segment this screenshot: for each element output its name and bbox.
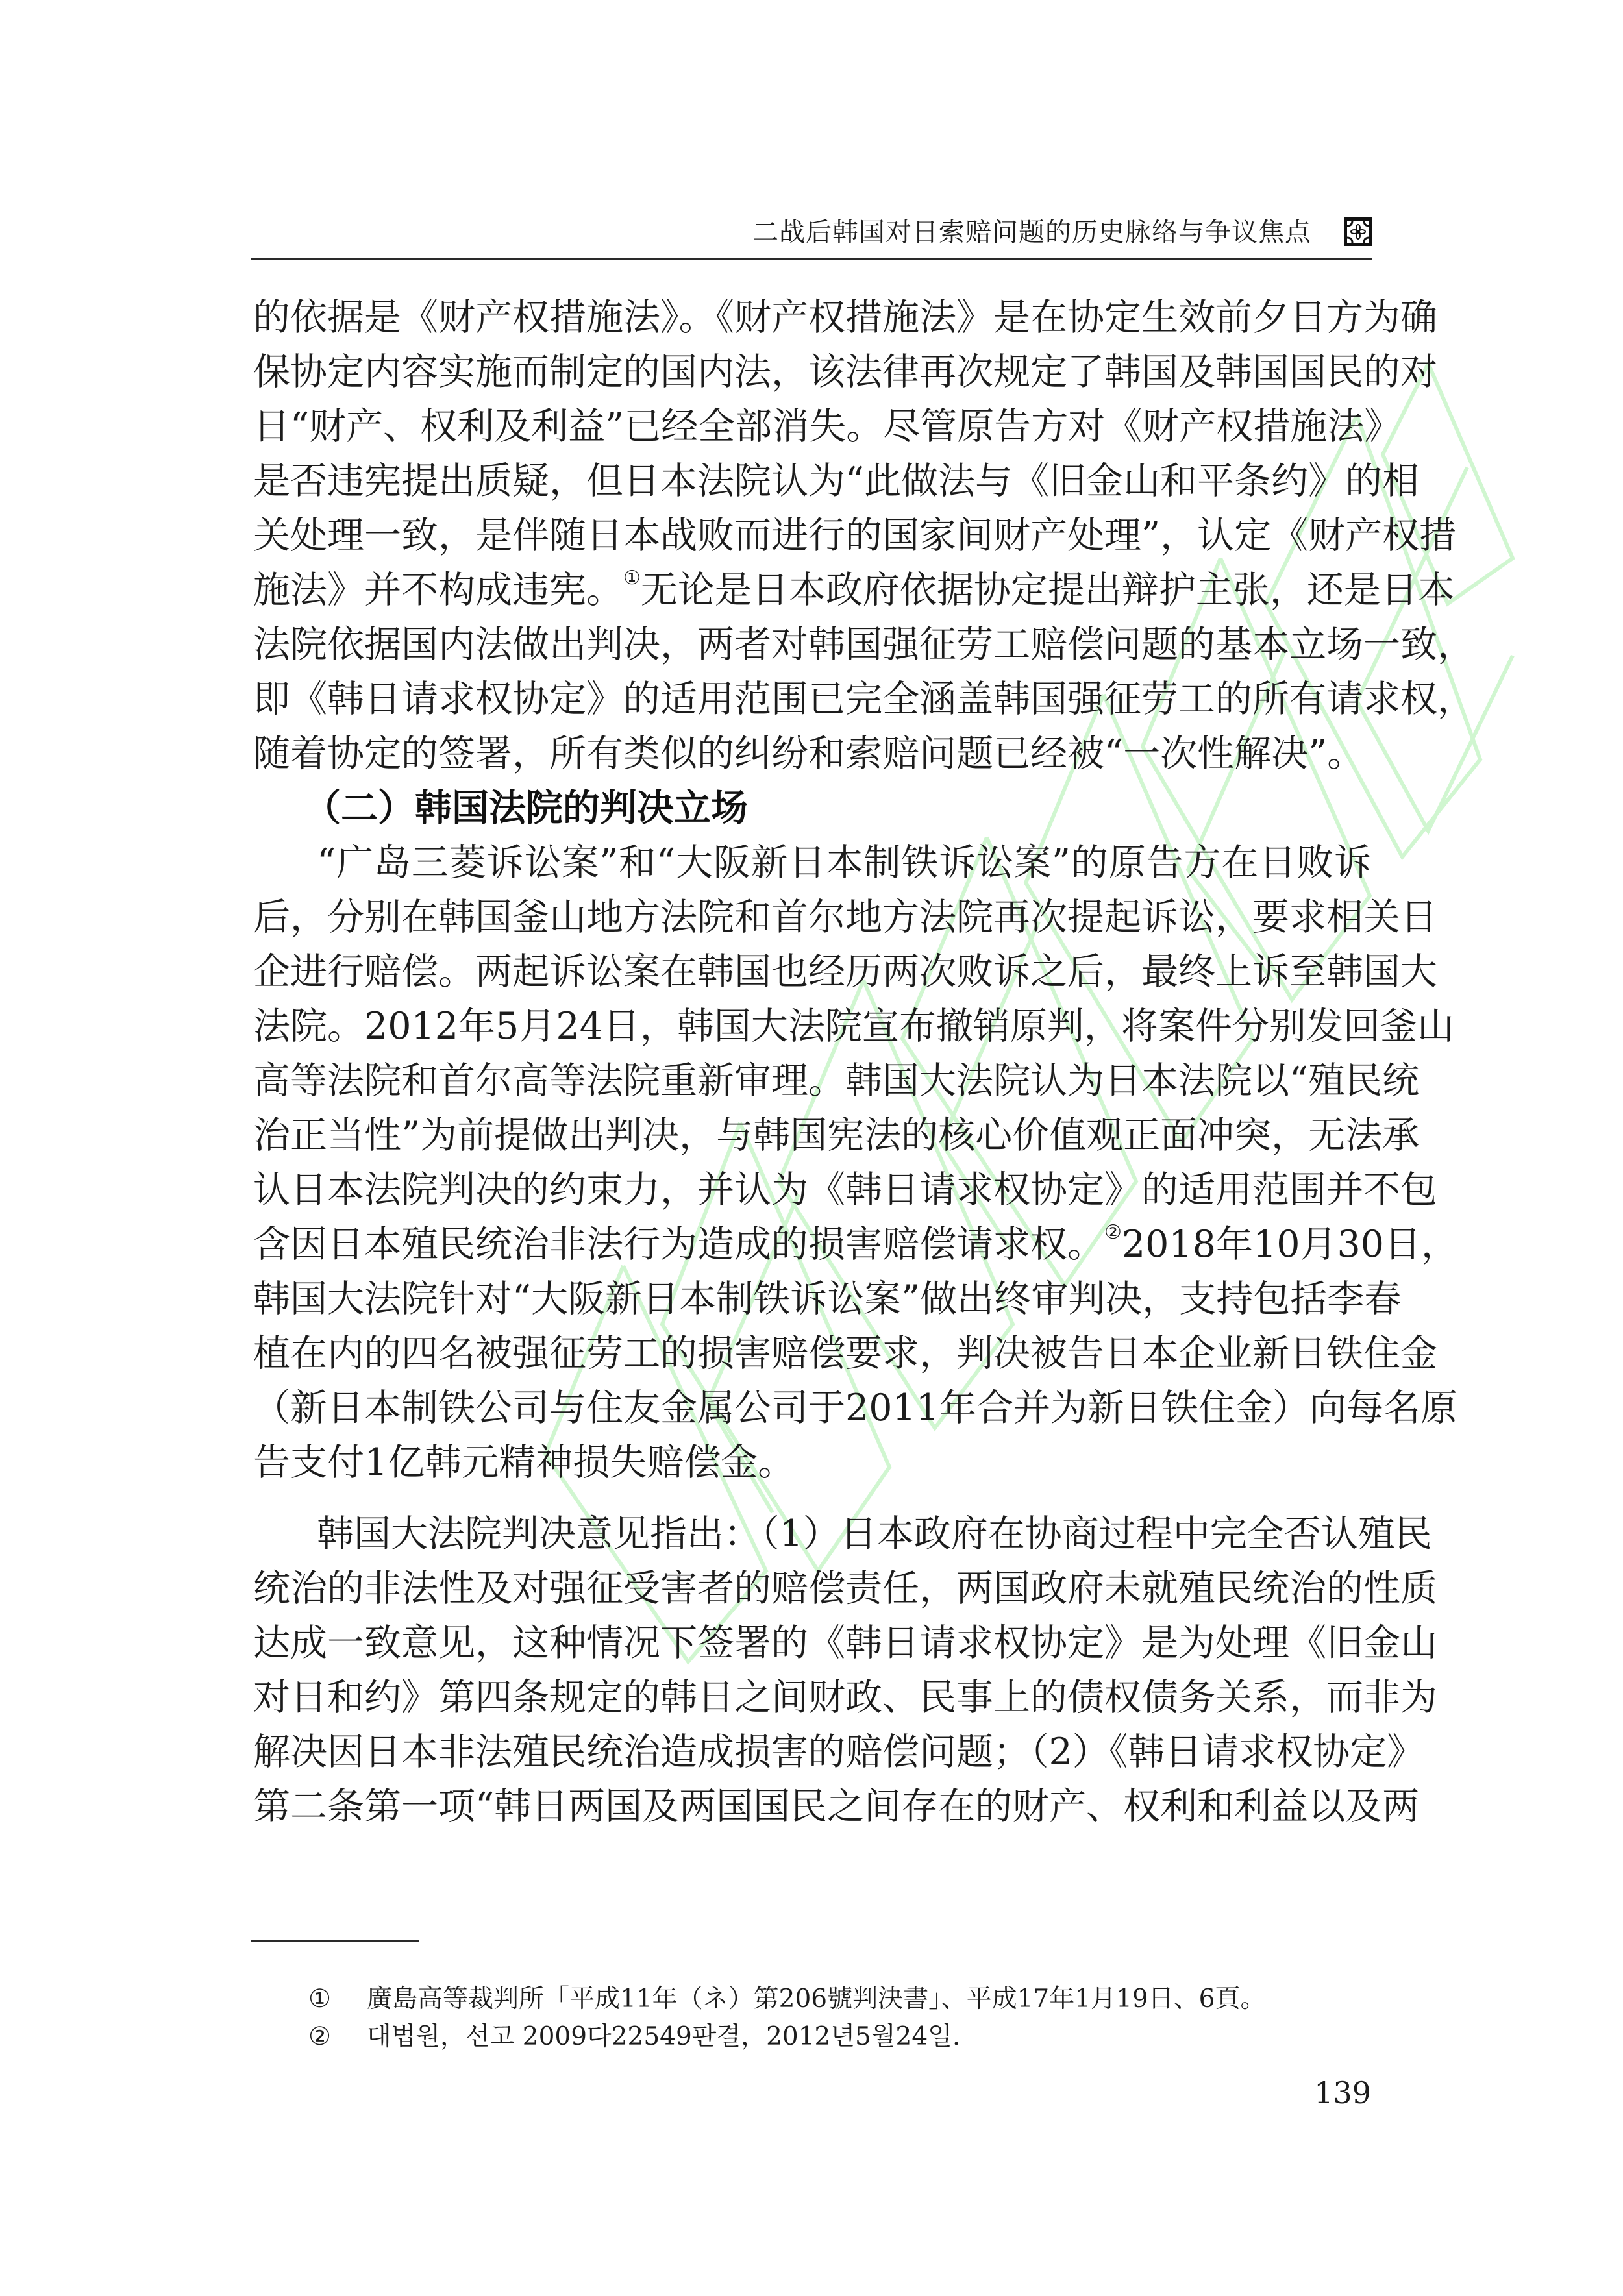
body-line: 是否违宪提出质疑，但日本法院认为“此做法与《旧金山和平条约》的相: [253, 454, 1371, 508]
body-text: 2018年10月30日，: [1122, 1223, 1458, 1266]
section-heading: （二）韩国法院的判决立场: [304, 781, 748, 835]
body-line: （新日本制铁公司与住友金属公司于2011年合并为新日铁住金）向每名原: [253, 1381, 1371, 1435]
body-line: 植在内的四名被强征劳工的损害赔偿要求，判决被告日本企业新日铁住金: [253, 1326, 1371, 1381]
body-line: 解决因日本非法殖民统治造成损害的赔偿问题；（2）《韩日请求权协定》: [253, 1725, 1371, 1779]
body-line: 随着协定的签署，所有类似的纠纷和索赔问题已经被“一次性解决”。: [253, 726, 1371, 781]
body-line: 对日和约》第四条规定的韩日之间财政、民事上的债权债务关系，而非为: [253, 1670, 1371, 1725]
body-line: 施法》并不构成违宪。①无论是日本政府依据协定提出辩护主张，还是日本: [253, 563, 1371, 617]
body-line: 企进行赔偿。两起诉讼案在韩国也经历两次败诉之后，最终上诉至韩国大: [253, 944, 1371, 999]
body-text: 施法》并不构成违宪。: [253, 569, 623, 611]
body-line: 法院。2012年5月24日，韩国大法院宣布撤销原判，将案件分别发回釜山: [253, 999, 1371, 1054]
body-line: 保协定内容实施而制定的国内法，该法律再次规定了韩国及韩国国民的对: [253, 345, 1371, 399]
body-line: 第二条第一项“韩日两国及两国国民之间存在的财产、权利和利益以及两: [253, 1779, 1371, 1834]
footnote-text: 廣島高等裁判所「平成11年（ネ）第206號判決書」、平成17年1月19日、6頁。: [367, 1984, 1265, 2014]
footnote-1: ①廣島高等裁判所「平成11年（ネ）第206號判決書」、平成17年1月19日、6頁…: [308, 1981, 1265, 2018]
document-page: 二战后韩国对日索赔问题的历史脉络与争议焦点 的依据是《财产权措施法》。《财产权措…: [0, 0, 1623, 2296]
body-line: 日“财产、权利及利益”已经全部消失。尽管原告方对《财产权措施法》: [253, 399, 1371, 454]
page-number: 139: [1314, 2073, 1371, 2112]
lattice-ornament-icon: [1343, 217, 1373, 247]
footnote-ref-2[interactable]: ②: [1104, 1221, 1122, 1244]
running-header-title: 二战后韩国对日索赔问题的历史脉络与争议焦点: [752, 214, 1311, 251]
footnote-ref-1[interactable]: ①: [623, 567, 641, 589]
footnote-text: 대법원，선고 2009다22549판결，2012년5월24일.: [367, 2022, 960, 2051]
body-line: 的依据是《财产权措施法》。《财产权措施法》是在协定生效前夕日方为确: [253, 290, 1371, 345]
header-rule: [251, 258, 1372, 260]
footnote-marker: ②: [308, 2019, 367, 2055]
body-text: 无论是日本政府依据协定提出辩护主张，还是日本: [641, 569, 1455, 611]
body-line: 含因日本殖民统治非法行为造成的损害赔偿请求权。②2018年10月30日，: [253, 1217, 1371, 1272]
body-line: 即《韩日请求权协定》的适用范围已完全涵盖韩国强征劳工的所有请求权，: [253, 672, 1371, 726]
body-line: 治正当性”为前提做出判决，与韩国宪法的核心价值观正面冲突，无法承: [253, 1108, 1371, 1163]
footnote-separator: [251, 1940, 419, 1942]
body-line: 高等法院和首尔高等法院重新审理。韩国大法院认为日本法院以“殖民统: [253, 1054, 1371, 1108]
body-line: 关处理一致，是伴随日本战败而进行的国家间财产处理”，认定《财产权措: [253, 508, 1371, 563]
body-line: 统治的非法性及对强征受害者的赔偿责任，两国政府未就殖民统治的性质: [253, 1561, 1371, 1616]
body-line: 认日本法院判决的约束力，并认为《韩日请求权协定》的适用范围并不包: [253, 1163, 1371, 1217]
body-line: 韩国大法院判决意见指出：（1）日本政府在协商过程中完全否认殖民: [317, 1507, 1371, 1561]
body-line: 后，分别在韩国釜山地方法院和首尔地方法院再次提起诉讼，要求相关日: [253, 890, 1371, 944]
footnote-marker: ①: [308, 1981, 367, 2018]
body-line: 法院依据国内法做出判决，两者对韩国强征劳工赔偿问题的基本立场一致，: [253, 617, 1371, 672]
body-text: 含因日本殖民统治非法行为造成的损害赔偿请求权。: [253, 1223, 1104, 1266]
body-line: “广岛三菱诉讼案”和“大阪新日本制铁诉讼案”的原告方在日败诉: [317, 835, 1371, 890]
body-line: 告支付1亿韩元精神损失赔偿金。: [253, 1435, 1371, 1490]
footnote-2: ②대법원，선고 2009다22549판결，2012년5월24일.: [308, 2019, 960, 2055]
body-line: 达成一致意见，这种情况下签署的《韩日请求权协定》是为处理《旧金山: [253, 1616, 1371, 1670]
body-line: 韩国大法院针对“大阪新日本制铁诉讼案”做出终审判决，支持包括李春: [253, 1272, 1371, 1326]
